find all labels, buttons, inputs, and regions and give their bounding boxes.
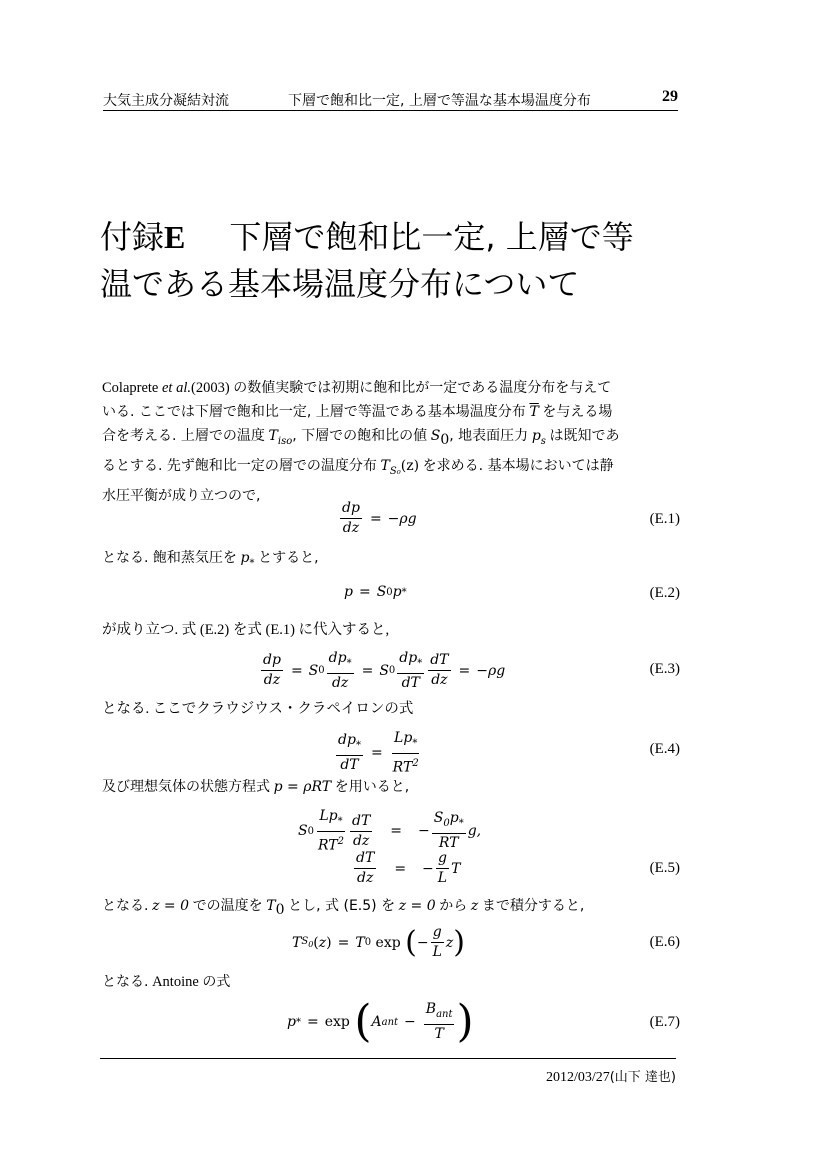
- equation-e5: S0Lp*RT2dTdz = −S0p*RTg, dTdz = −gLT (E.…: [102, 808, 680, 892]
- equation-number: (E.1): [650, 511, 680, 528]
- footer-divider: [100, 1058, 676, 1059]
- running-header: 大気主成分凝結対流 下層で飽和比一定, 上層で等温な基本場温度分布 29: [103, 88, 678, 111]
- title-text-1: 下層で飽和比一定, 上層で等: [229, 218, 633, 256]
- appendix-title: 付録E下層で飽和比一定, 上層で等 温である基本場温度分布について: [100, 214, 680, 308]
- footer: 2012/03/27(山下 達也): [546, 1066, 676, 1086]
- text-after-e3: となる. ここでクラウジウス・クラペイロンの式: [102, 697, 680, 721]
- text-after-e2: が成り立つ. 式 (E.2) を式 (E.1) に代入すると,: [102, 618, 680, 642]
- intro-paragraph: Colaprete et al.(2003) の数値実験では初期に飽和比が一定で…: [102, 376, 680, 508]
- header-section-title: 下層で飽和比一定, 上層で等温な基本場温度分布: [288, 90, 591, 110]
- footer-date: 2012/03/27: [546, 1070, 610, 1085]
- equation-e3: dpdz= S0dp*dz= S0dp*dTdTdz =−ρg (E.3): [102, 650, 680, 692]
- equation-e7: p*=exp (Aant− BantT) (E.7): [102, 1000, 680, 1048]
- text-after-e4: 及び理想気体の状態方程式 p = ρRT を用いると,: [102, 775, 680, 799]
- text-after-e5: となる. z = 0 での温度を T0 とし, 式 (E.5) を z = 0 …: [102, 894, 680, 922]
- equation-number: (E.3): [650, 661, 680, 678]
- title-line-1: 付録E下層で飽和比一定, 上層で等: [100, 214, 680, 261]
- text-after-e1: となる. 飽和蒸気圧を p* とすると,: [102, 546, 680, 576]
- equation-number: (E.5): [650, 860, 680, 877]
- equation-number: (E.2): [650, 585, 680, 602]
- equation-number: (E.4): [650, 741, 680, 758]
- footer-author: (山下 達也): [610, 1070, 676, 1085]
- header-book-title: 大気主成分凝結対流: [103, 90, 229, 110]
- equation-e1: dpdz =−ρg (E.1): [102, 500, 680, 540]
- text-after-e6: となる. Antoine の式: [102, 970, 680, 994]
- title-line-2: 温である基本場温度分布について: [100, 261, 680, 308]
- equation-e4: dp*dT= Lp*RT2 (E.4): [102, 730, 680, 772]
- equation-number: (E.7): [650, 1014, 680, 1031]
- equation-e2: p=S0p* (E.2): [102, 584, 680, 608]
- document-page: 大気主成分凝結対流 下層で飽和比一定, 上層で等温な基本場温度分布 29 付録E…: [0, 0, 826, 1169]
- equation-number: (E.6): [650, 934, 680, 951]
- appendix-label: 付録E: [100, 218, 185, 256]
- page-number: 29: [662, 88, 678, 106]
- equation-e6: TS0(z) =T0 exp (−gLz) (E.6): [102, 924, 680, 964]
